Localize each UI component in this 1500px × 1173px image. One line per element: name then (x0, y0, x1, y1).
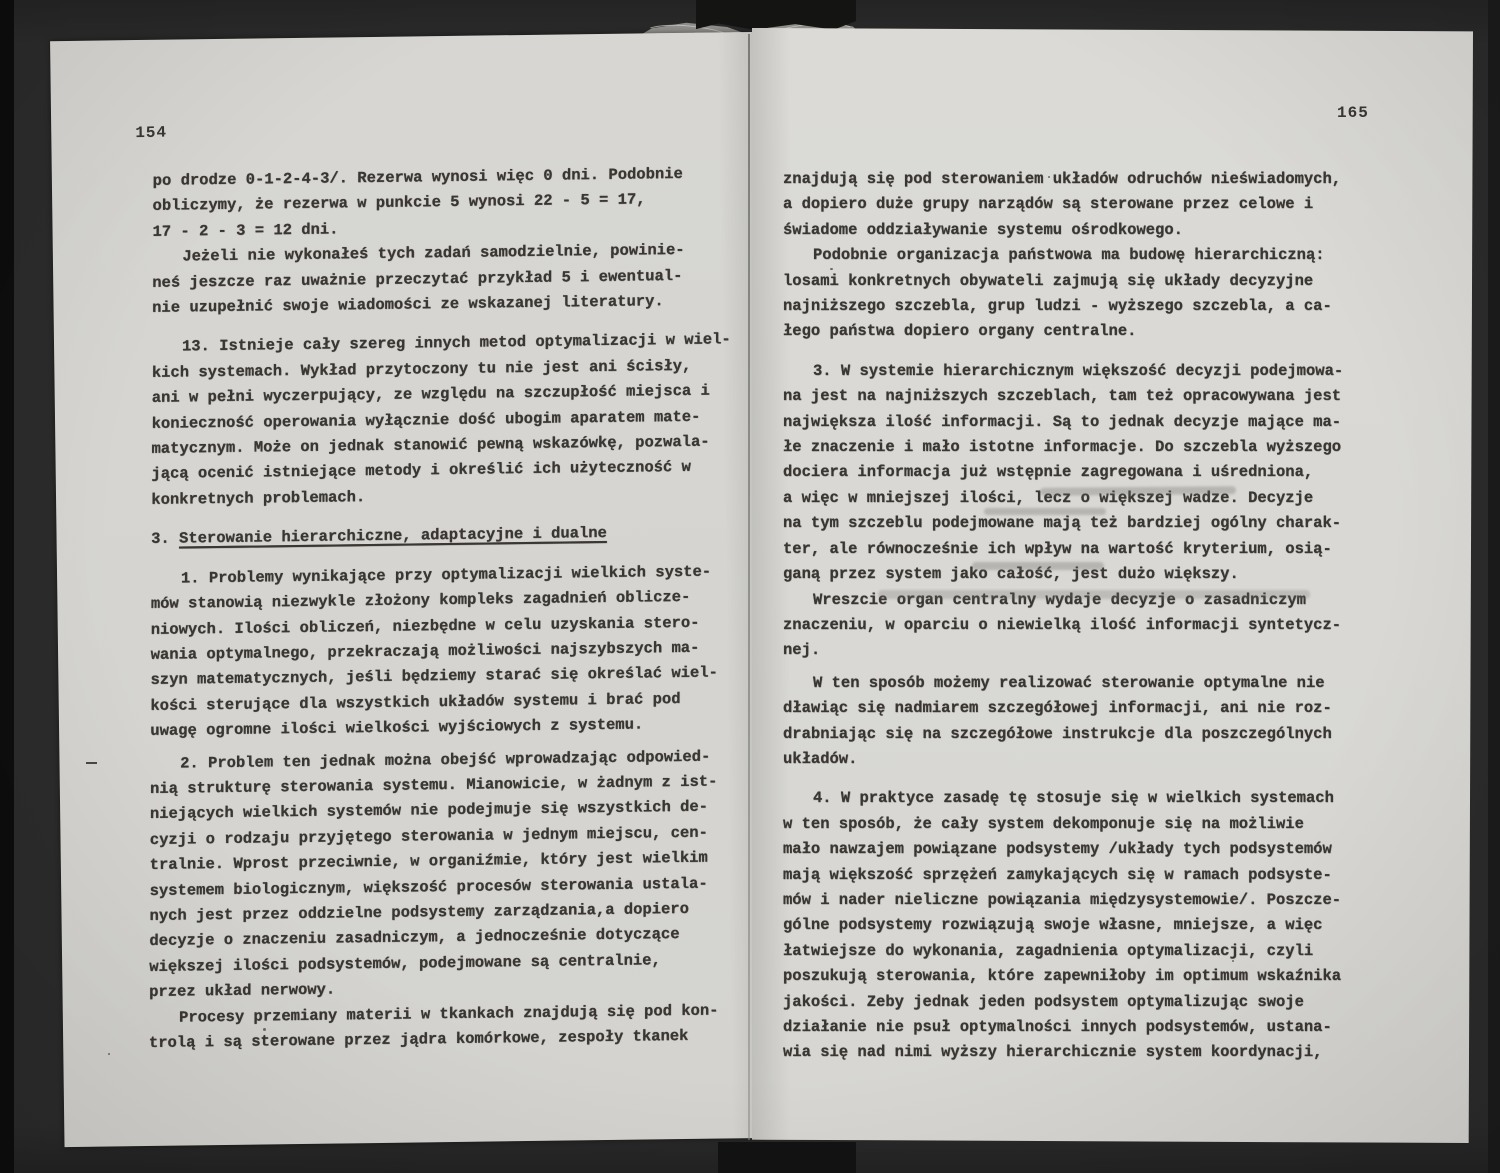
paragraph: 4. W praktyce zasadę tę stosuje się w wi… (783, 786, 1383, 1065)
text-line: mało nawzajem powiązane podsystemy /ukła… (783, 837, 1383, 862)
text-line: gólne podsystemy rozwiązują swoje własne… (783, 913, 1383, 938)
heading-line: 3. Sterowanie hierarchiczne, adaptacyjne… (151, 519, 771, 553)
text-line: wia się nad nimi wyższy hierarchicznie s… (783, 1040, 1383, 1065)
paragraph: 1. Problemy wynikające przy optymalizacj… (150, 558, 771, 744)
photo-border-left (0, 0, 14, 1173)
text-line: dociera informacja już wstępnie zagregow… (783, 460, 1383, 485)
text-line: poszukują sterowania, które zapewniłoby … (783, 964, 1383, 989)
text-line: dławiąc się nadmiarem szczegółowej infor… (783, 696, 1383, 721)
paragraph: 13. Istnieje cały szereg innych metod op… (151, 327, 772, 513)
text-line: w ten sposób, że cały system dekomponuje… (783, 812, 1383, 837)
text-line: najniższego szczebla, grup ludzi - wyższ… (783, 294, 1383, 319)
paper-speck (1232, 960, 1234, 962)
text-line: łatwiejsze do wykonania, zagadnienia opt… (783, 939, 1383, 964)
paragraph: Procesy przemiany materii w tkankach zna… (149, 997, 769, 1056)
text-line: a dopiero duże grupy narządów są sterowa… (783, 192, 1383, 217)
text-line: świadome oddziaływanie systemu ośrodkowe… (783, 218, 1383, 243)
text-line: 3. W systemie hierarchicznym większość d… (783, 359, 1383, 384)
text-line: największa ilość informacji. Są to jedna… (783, 410, 1383, 435)
left-page: 154 po drodze 0-1-2-4-3/. Rezerwa wynosi… (50, 32, 766, 1147)
ink-smudge (1040, 486, 1236, 496)
page-number-left: 154 (135, 124, 167, 142)
ink-smudge (972, 562, 1104, 570)
paper-speck (830, 268, 833, 270)
left-page-text: po drodze 0-1-2-4-3/. Rezerwa wynosi wię… (149, 161, 773, 1057)
ink-smudge (984, 508, 1106, 515)
text-line: mów i nader nieliczne powiązania międzys… (783, 888, 1383, 913)
ink-smudge (878, 590, 1310, 599)
paper-speck (1048, 176, 1050, 178)
text-line: drabniając się na szczegółowe instrukcje… (783, 722, 1383, 747)
margin-mark (86, 762, 97, 764)
paper-speck (108, 1053, 110, 1055)
section-heading: 3. Sterowanie hierarchiczne, adaptacyjne… (151, 519, 771, 553)
paragraph: 2. Problem ten jednak można obejść wprow… (149, 743, 770, 1005)
paragraph: po drodze 0-1-2-4-3/. Rezerwa wynosi wię… (152, 161, 772, 245)
text-line: znajdują się pod sterowaniem układów odr… (783, 167, 1383, 192)
paper-speck (263, 1028, 266, 1031)
right-page-text: znajdują się pod sterowaniem układów odr… (783, 167, 1383, 1066)
binding-bottom (718, 1142, 856, 1173)
text-line: nej. (783, 638, 1383, 663)
paragraph: Jeżeli nie wykonałeś tych zadań samodzie… (152, 237, 772, 321)
text-line: Podobnie organizacja państwowa ma budowę… (783, 243, 1383, 268)
paragraph: W ten sposób możemy realizować sterowani… (783, 671, 1383, 773)
text-line: na jest na najniższych szczeblach, tam t… (783, 384, 1383, 409)
text-line: znaczeniu, w oparciu o niewielką ilość i… (783, 613, 1383, 638)
text-line: działanie nie psuł optymalności innych p… (783, 1015, 1383, 1040)
text-line: ter, ale równocześnie ich wpływ na warto… (783, 537, 1383, 562)
text-line: losami konkretnych obywateli zajmują się… (783, 269, 1383, 294)
photo-border-right (1488, 0, 1500, 1173)
text-line: 4. W praktyce zasadę tę stosuje się w wi… (783, 786, 1383, 811)
right-page: 165 znajdują się pod sterowaniem układów… (752, 28, 1473, 1143)
text-line: na tym szczeblu podejmowane mają też bar… (783, 511, 1383, 536)
paragraph: znajdują się pod sterowaniem układów odr… (783, 167, 1383, 243)
text-line: jakości. Zeby jednak jeden podsystem opt… (783, 990, 1383, 1015)
paragraph: 3. W systemie hierarchicznym większość d… (783, 359, 1383, 588)
text-line: mają większość sprzężeń zamykających się… (783, 863, 1383, 888)
text-line: W ten sposób możemy realizować sterowani… (783, 671, 1383, 696)
page-number-right: 165 (1337, 104, 1369, 122)
text-line: układów. (783, 747, 1383, 772)
page-gutter-seam (748, 34, 750, 1140)
text-line: łe znaczenie i mało istotne informacje. … (783, 435, 1383, 460)
book-scan-photo: 154 po drodze 0-1-2-4-3/. Rezerwa wynosi… (0, 0, 1500, 1173)
text-line: łego państwa dopiero organy centralne. (783, 319, 1383, 344)
paragraph: Podobnie organizacja państwowa ma budowę… (783, 243, 1383, 345)
